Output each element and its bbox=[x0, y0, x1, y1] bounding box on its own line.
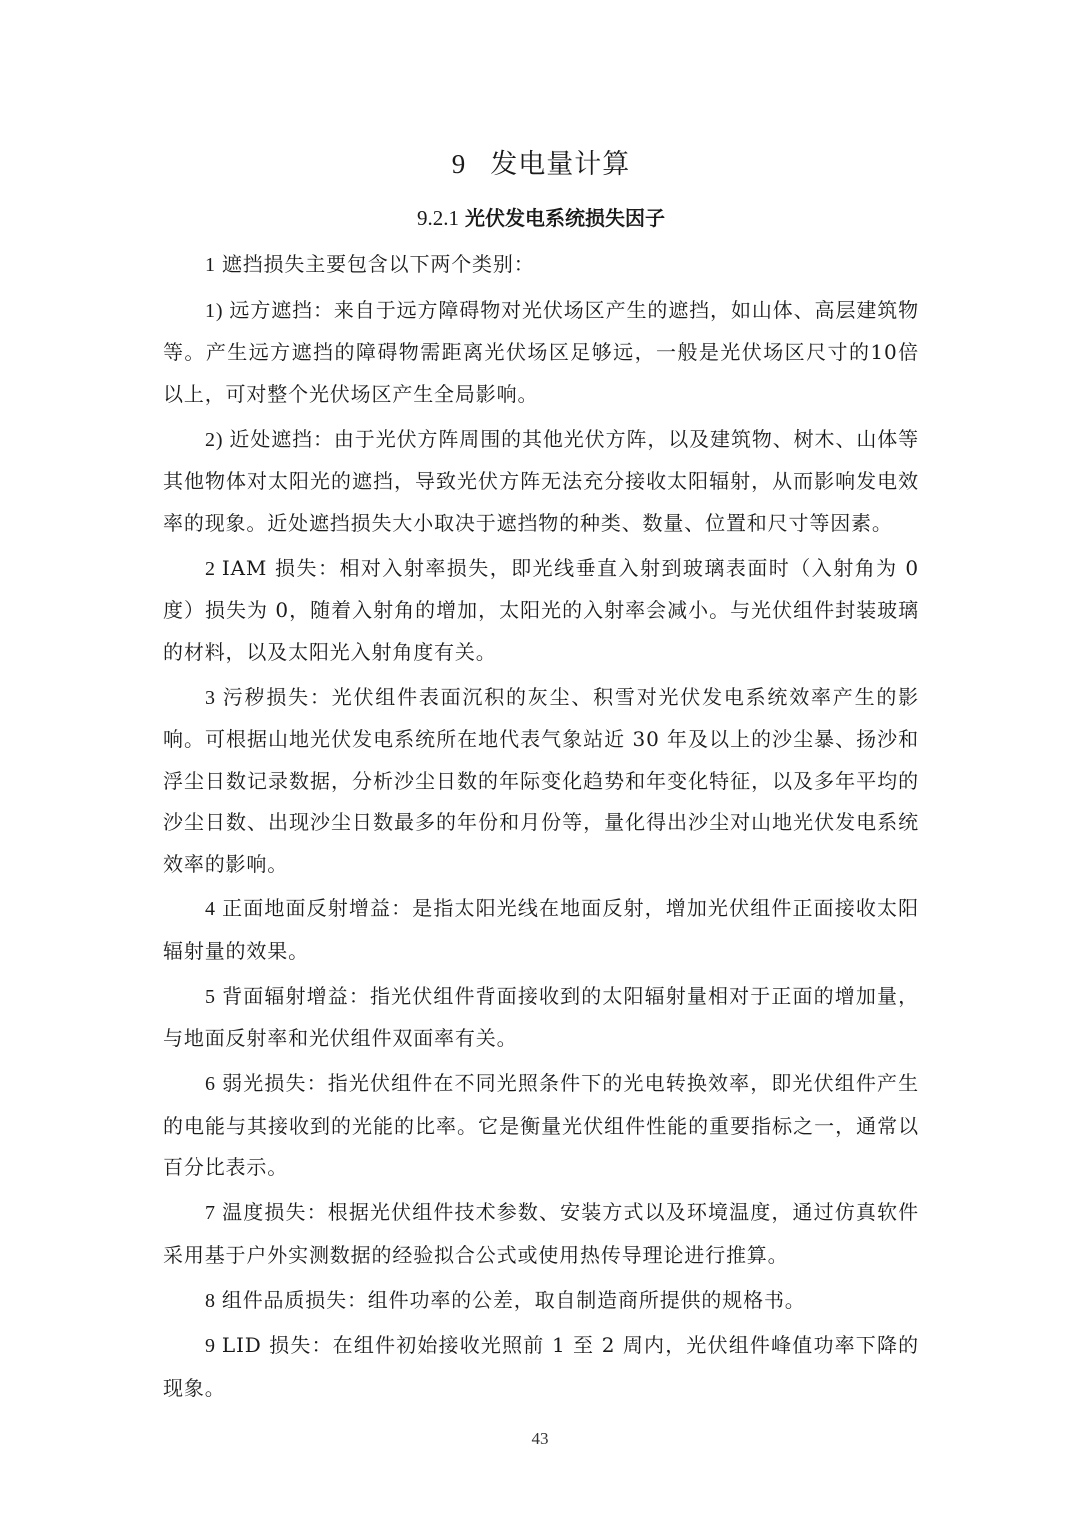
paragraph-soiling-loss: 3污秽损失：光伏组件表面沉积的灰尘、积雪对光伏发电系统效率产生的影响。可根据山地… bbox=[163, 677, 919, 886]
section-number: 9.2.1 bbox=[417, 206, 459, 230]
chapter-number: 9 bbox=[452, 149, 467, 179]
item-number: 3 bbox=[205, 687, 216, 709]
chapter-title: 9发电量计算 bbox=[163, 144, 919, 185]
item-number: 6 bbox=[205, 1073, 216, 1095]
item-number: 5 bbox=[205, 986, 216, 1008]
paragraph-shading-loss: 1遮挡损失主要包含以下两个类别： bbox=[163, 244, 919, 287]
chapter-title-text: 发电量计算 bbox=[490, 149, 630, 180]
item-number: 1) bbox=[205, 300, 223, 322]
item-number: 1 bbox=[205, 254, 216, 276]
document-body: 1遮挡损失主要包含以下两个类别： 1)远方遮挡：来自于远方障碍物对光伏场区产生的… bbox=[163, 244, 919, 1413]
item-number: 4 bbox=[205, 898, 216, 920]
paragraph-module-quality-loss: 8组件品质损失：组件功率的公差，取自制造商所提供的规格书。 bbox=[163, 1280, 919, 1323]
paragraph-text: 温度损失：根据光伏组件技术参数、安装方式以及环境温度，通过仿真软件采用基于户外实… bbox=[163, 1200, 919, 1267]
paragraph-text: 背面辐射增益：指光伏组件背面接收到的太阳辐射量相对于正面的增加量，与地面反射率和… bbox=[163, 984, 919, 1051]
page-number: 43 bbox=[0, 1429, 1080, 1449]
paragraph-rear-irradiance-gain: 5背面辐射增益：指光伏组件背面接收到的太阳辐射量相对于正面的增加量，与地面反射率… bbox=[163, 976, 919, 1060]
paragraph-front-reflection-gain: 4正面地面反射增益：是指太阳光线在地面反射，增加光伏组件正面接收太阳辐射量的效果… bbox=[163, 888, 919, 972]
paragraph-text: 正面地面反射增益：是指太阳光线在地面反射，增加光伏组件正面接收太阳辐射量的效果。 bbox=[163, 896, 919, 963]
paragraph-text: 近处遮挡：由于光伏方阵周围的其他光伏方阵，以及建筑物、树木、山体等其他物体对太阳… bbox=[163, 427, 919, 535]
paragraph-low-light-loss: 6弱光损失：指光伏组件在不同光照条件下的光电转换效率，即光伏组件产生的电能与其接… bbox=[163, 1063, 919, 1189]
section-title: 9.2.1光伏发电系统损失因子 bbox=[163, 201, 919, 235]
section-title-text: 光伏发电系统损失因子 bbox=[465, 206, 665, 230]
paragraph-text: 遮挡损失主要包含以下两个类别： bbox=[222, 252, 535, 276]
paragraph-iam-loss: 2IAM 损失：相对入射率损失，即光线垂直入射到玻璃表面时（入射角为 0 度）损… bbox=[163, 548, 919, 674]
paragraph-temperature-loss: 7温度损失：根据光伏组件技术参数、安装方式以及环境温度，通过仿真软件采用基于户外… bbox=[163, 1192, 919, 1276]
paragraph-far-shading: 1)远方遮挡：来自于远方障碍物对光伏场区产生的遮挡，如山体、高层建筑物等。产生远… bbox=[163, 290, 919, 416]
paragraph-near-shading: 2)近处遮挡：由于光伏方阵周围的其他光伏方阵，以及建筑物、树木、山体等其他物体对… bbox=[163, 419, 919, 545]
item-number: 8 bbox=[205, 1290, 216, 1312]
paragraph-text: IAM 损失：相对入射率损失，即光线垂直入射到玻璃表面时（入射角为 0 度）损失… bbox=[163, 556, 919, 664]
paragraph-text: 污秽损失：光伏组件表面沉积的灰尘、积雪对光伏发电系统效率产生的影响。可根据山地光… bbox=[163, 685, 919, 876]
paragraph-lid-loss: 9LID 损失：在组件初始接收光照前 1 至 2 周内，光伏组件峰值功率下降的现… bbox=[163, 1325, 919, 1409]
paragraph-text: LID 损失：在组件初始接收光照前 1 至 2 周内，光伏组件峰值功率下降的现象… bbox=[163, 1333, 919, 1400]
paragraph-text: 组件品质损失：组件功率的公差，取自制造商所提供的规格书。 bbox=[222, 1288, 806, 1312]
item-number: 9 bbox=[205, 1335, 216, 1357]
item-number: 7 bbox=[205, 1202, 216, 1224]
paragraph-text: 远方遮挡：来自于远方障碍物对光伏场区产生的遮挡，如山体、高层建筑物等。产生远方遮… bbox=[163, 298, 919, 406]
paragraph-text: 弱光损失：指光伏组件在不同光照条件下的光电转换效率，即光伏组件产生的电能与其接收… bbox=[163, 1071, 919, 1179]
item-number: 2 bbox=[205, 558, 216, 580]
item-number: 2) bbox=[205, 429, 223, 451]
